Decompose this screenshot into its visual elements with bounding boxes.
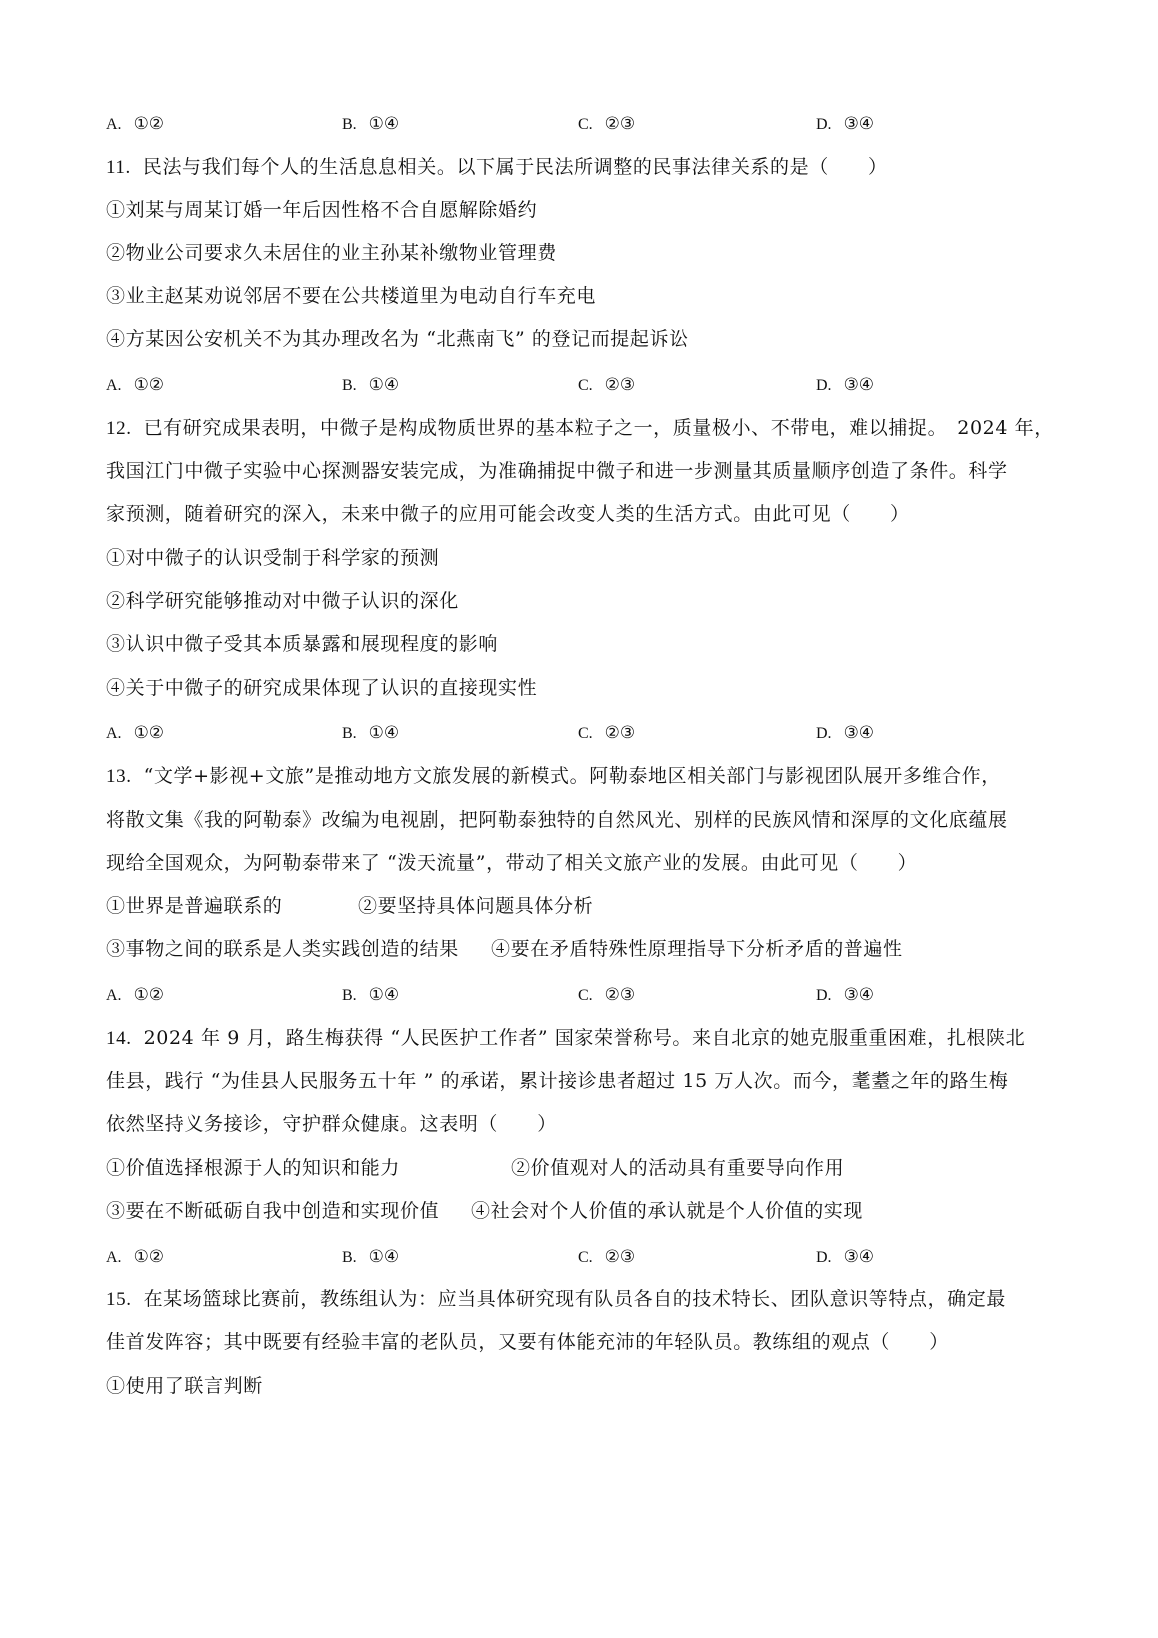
q11-item-4: ④方某因公安机关不为其办理改名为 “北燕南飞” 的登记而提起诉讼 <box>106 327 689 351</box>
q13-item-2: ②要坚持具体问题具体分析 <box>358 894 593 918</box>
q11-option-b[interactable]: B.①④ <box>342 373 399 398</box>
q13-stem-line-1: 13.“文学+影视+文旅”是推动地方文旅发展的新模式。阿勒泰地区相关部门与影视团… <box>106 764 1001 789</box>
q14-item-4: ④社会对个人价值的承认就是个人价值的实现 <box>471 1199 863 1223</box>
q12-option-a[interactable]: A.①② <box>106 721 164 746</box>
q13-item-3: ③事物之间的联系是人类实践创造的结果 <box>106 938 459 960</box>
q12-option-c[interactable]: C.②③ <box>578 721 635 746</box>
q13-items-row-2: ③事物之间的联系是人类实践创造的结果 ④要在矛盾特殊性原理指导下分析矛盾的普遍性 <box>106 937 459 961</box>
q13-items-row-1: ①世界是普遍联系的 ②要坚持具体问题具体分析 <box>106 894 282 918</box>
q12-option-b[interactable]: B.①④ <box>342 721 399 746</box>
q11-item-3: ③业主赵某劝说邻居不要在公共楼道里为电动自行车充电 <box>106 284 596 308</box>
q14-stem-line-3: 依然坚持义务接诊，守护群众健康。这表明（ ） <box>106 1112 557 1136</box>
q10-option-a[interactable]: A.①② <box>106 112 164 137</box>
q14-item-1: ①价值选择根源于人的知识和能力 <box>106 1157 400 1179</box>
q14-item-2: ②价值观对人的活动具有重要导向作用 <box>511 1156 844 1180</box>
q14-option-a[interactable]: A.①② <box>106 1245 164 1270</box>
q10-options: A.①② B.①④ C.②③ D.③④ <box>106 112 1066 136</box>
q14-option-d[interactable]: D.③④ <box>816 1245 874 1270</box>
q15-stem-line-2: 佳首发阵容；其中既要有经验丰富的老队员，又要有体能充沛的年轻队员。教练组的观点（… <box>106 1330 949 1354</box>
q13-stem-line-3: 现给全国观众，为阿勒泰带来了 “泼天流量”，带动了相关文旅产业的发展。由此可见（… <box>106 851 917 875</box>
q14-options: A.①② B.①④ C.②③ D.③④ <box>106 1245 1066 1269</box>
q12-item-3: ③认识中微子受其本质暴露和展现程度的影响 <box>106 632 498 656</box>
q12-item-1: ①对中微子的认识受制于科学家的预测 <box>106 546 439 570</box>
q12-stem-line-1: 12.已有研究成果表明，中微子是构成物质世界的基本粒子之一，质量极小、不带电，难… <box>106 416 1054 441</box>
q13-item-4: ④要在矛盾特殊性原理指导下分析矛盾的普遍性 <box>491 937 903 961</box>
q11-options: A.①② B.①④ C.②③ D.③④ <box>106 373 1066 397</box>
q15-item-1: ①使用了联言判断 <box>106 1374 263 1398</box>
q13-option-d[interactable]: D.③④ <box>816 983 874 1008</box>
q11-item-1: ①刘某与周某订婚一年后因性格不合自愿解除婚约 <box>106 198 537 222</box>
q12-stem-line-3: 家预测，随着研究的深入，未来中微子的应用可能会改变人类的生活方式。由此可见（ ） <box>106 502 910 526</box>
q10-option-c[interactable]: C.②③ <box>578 112 635 137</box>
q14-stem-line-1: 14.2024 年 9 月，路生梅获得 “人民医护工作者” 国家荣誉称号。来自北… <box>106 1026 1025 1051</box>
q13-item-1: ①世界是普遍联系的 <box>106 895 282 917</box>
q13-option-c[interactable]: C.②③ <box>578 983 635 1008</box>
q14-items-row-2: ③要在不断砥砺自我中创造和实现价值 ④社会对个人价值的承认就是个人价值的实现 <box>106 1199 439 1223</box>
q15-stem-line-1: 15.在某场篮球比赛前，教练组认为：应当具体研究现有队员各自的技术特长、团队意识… <box>106 1287 1006 1312</box>
q11-option-c[interactable]: C.②③ <box>578 373 635 398</box>
q14-option-c[interactable]: C.②③ <box>578 1245 635 1270</box>
q11-item-2: ②物业公司要求久未居住的业主孙某补缴物业管理费 <box>106 241 557 265</box>
q12-item-4: ④关于中微子的研究成果体现了认识的直接现实性 <box>106 676 537 700</box>
q12-stem-line-2: 我国江门中微子实验中心探测器安装完成，为准确捕捉中微子和进一步测量其质量顺序创造… <box>106 459 1008 483</box>
q11-option-d[interactable]: D.③④ <box>816 373 874 398</box>
q13-option-b[interactable]: B.①④ <box>342 983 399 1008</box>
q14-items-row-1: ①价值选择根源于人的知识和能力 ②价值观对人的活动具有重要导向作用 <box>106 1156 400 1180</box>
q12-option-d[interactable]: D.③④ <box>816 721 874 746</box>
q11-option-a[interactable]: A.①② <box>106 373 164 398</box>
q11-stem: 11.民法与我们每个人的生活息息相关。以下属于民法所调整的民事法律关系的是（ ） <box>106 155 888 180</box>
q14-item-3: ③要在不断砥砺自我中创造和实现价值 <box>106 1200 439 1222</box>
exam-page: A.①② B.①④ C.②③ D.③④ 11.民法与我们每个人的生活息息相关。以… <box>0 0 1158 1638</box>
q13-options: A.①② B.①④ C.②③ D.③④ <box>106 983 1066 1007</box>
q13-stem-line-2: 将散文集《我的阿勒泰》改编为电视剧，把阿勒泰独特的自然风光、别样的民族风情和深厚… <box>106 808 1008 832</box>
q14-stem-line-2: 佳县，践行 “为佳县人民服务五十年 ” 的承诺，累计接诊患者超过 15 万人次。… <box>106 1069 1008 1093</box>
q14-option-b[interactable]: B.①④ <box>342 1245 399 1270</box>
q10-option-d[interactable]: D.③④ <box>816 112 874 137</box>
q13-option-a[interactable]: A.①② <box>106 983 164 1008</box>
q12-options: A.①② B.①④ C.②③ D.③④ <box>106 721 1066 745</box>
q10-option-b[interactable]: B.①④ <box>342 112 399 137</box>
q12-item-2: ②科学研究能够推动对中微子认识的深化 <box>106 589 459 613</box>
